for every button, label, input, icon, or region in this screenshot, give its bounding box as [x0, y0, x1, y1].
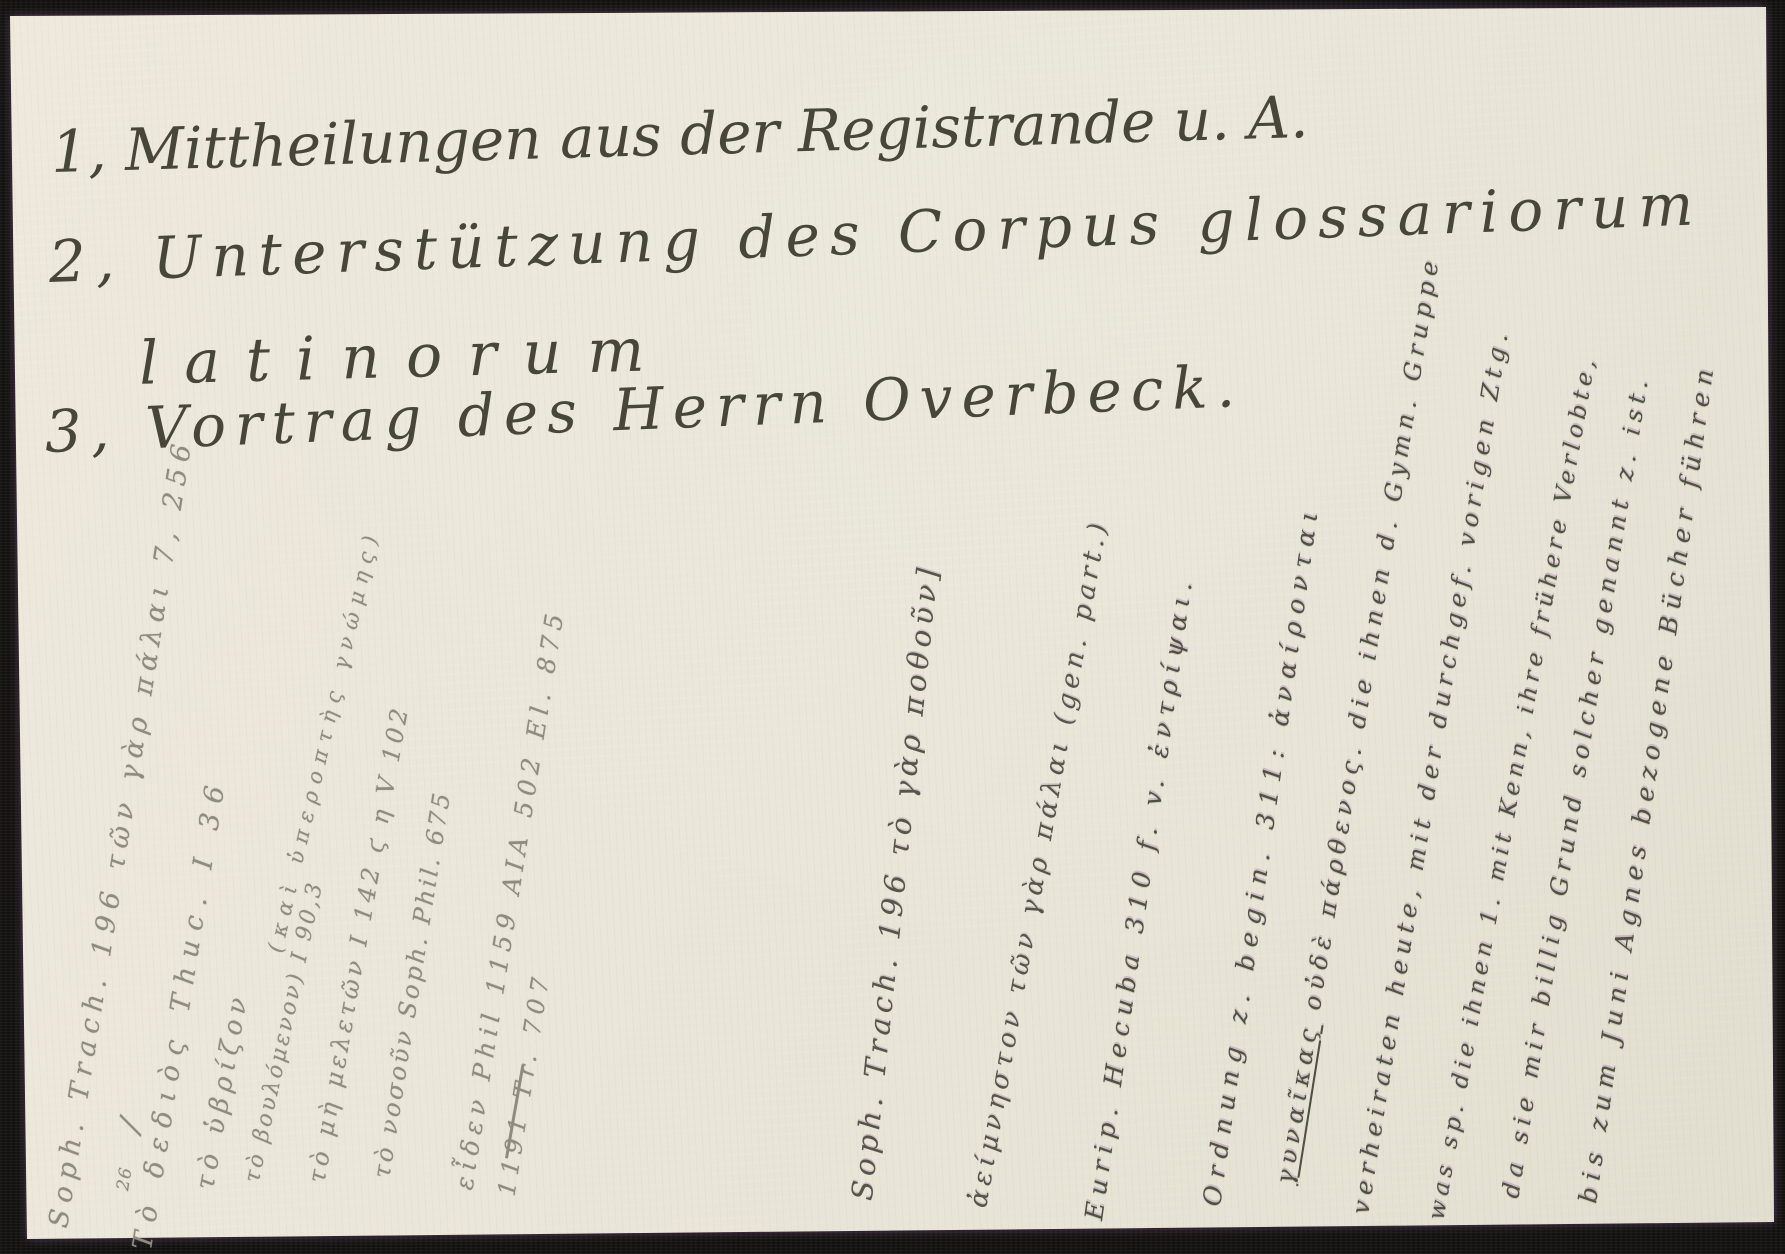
- note-26: 26: [114, 1166, 136, 1192]
- scanned-document-stage: 1, Mittheilungen aus der Registrande u. …: [0, 0, 1785, 1254]
